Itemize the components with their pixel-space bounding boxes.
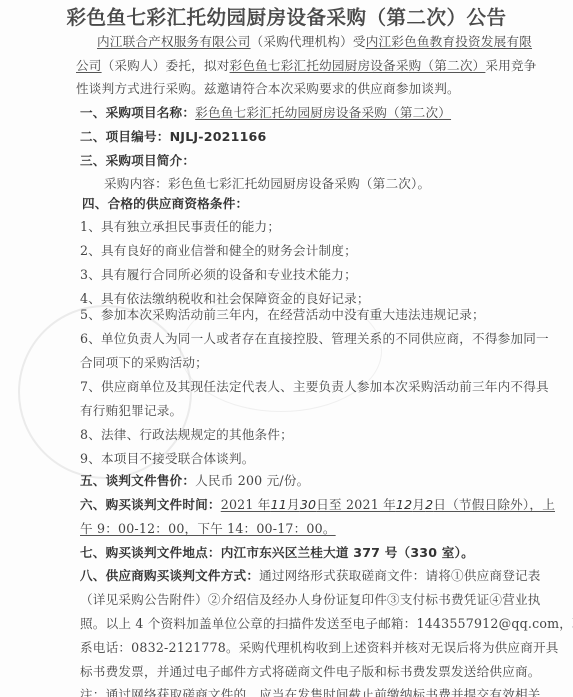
project-number: NJLJ-2021166 <box>170 129 267 144</box>
qualification-item-9: 9、本项目不接受联合体谈判。 <box>80 451 255 467</box>
section-6-label: 六、购买谈判文件时间： <box>80 497 221 512</box>
section-8-line-3: 照。以上 4 个资料加盖单位公章的扫描件发送至电子邮箱：1443557912@q… <box>80 616 573 632</box>
qualification-item-7-cont: 有行贿犯罪记录。 <box>80 403 182 419</box>
qualification-item-8: 8、法律、行政法规规定的其他条件； <box>80 427 293 443</box>
section-8-note: 注：通过网络获取磋商文件的，应当在发售时间截止前缴纳标书费并提交有效相关 <box>80 687 541 697</box>
start-month-suffix: 月 <box>287 497 300 512</box>
section-2-label: 二、项目编号： <box>80 129 170 144</box>
section-2: 二、项目编号：NJLJ-2021166 <box>80 129 266 145</box>
section-3-label: 三、采购项目简介： <box>80 153 195 169</box>
qualification-item-3: 3、具有履行合同所必须的设备和专业技术能力； <box>80 267 357 283</box>
section-4-label: 四、合格的供应商资格条件： <box>82 196 248 212</box>
section-5-label: 五、谈判文件售价： <box>80 473 195 488</box>
qualification-item-1: 1、具有独立承担民事责任的能力； <box>80 219 280 235</box>
section-1-value: 彩色鱼七彩汇托幼园厨房设备采购（第二次） <box>195 105 451 120</box>
purchaser-name-part1: 内江彩色鱼教育投资发展有限 <box>366 34 532 49</box>
section-7: 七、购买谈判文件地点：内江市东兴区兰桂大道 377 号（330 室）。 <box>80 545 474 561</box>
document-price: 人民币 200 元/份。 <box>195 473 309 488</box>
purchaser-name-part2: 公司 <box>76 58 102 73</box>
qualification-item-2: 2、具有良好的商业信誉和健全的财务会计制度； <box>80 243 357 259</box>
start-month-handwritten: 11 <box>271 497 287 512</box>
section-6: 六、购买谈判文件时间：2021 年11月30日至 2021 年12月2日（节假日… <box>80 497 555 513</box>
section-1-label: 一、采购项目名称： <box>80 105 195 120</box>
document-page: 彩色鱼七彩汇托幼园厨房设备采购（第二次）公告 内江联合产权服务有限公司（采购代理… <box>0 0 573 697</box>
start-day-handwritten: 30 <box>300 497 316 512</box>
section-7-label: 七、购买谈判文件地点： <box>80 545 221 560</box>
section-3-content: 采购内容：彩色鱼七彩汇托幼园厨房设备采购（第二次）。 <box>104 176 430 192</box>
start-year: 2021 年 <box>221 497 271 512</box>
intro-line-1: 内江联合产权服务有限公司（采购代理机构）受内江彩色鱼教育投资发展有限 <box>97 34 532 50</box>
intro-line-2: 公司（采购人）委托，拟对彩色鱼七彩汇托幼园厨房设备采购（第二次）采用竞争 <box>76 58 537 74</box>
method-part1: 采用竞争 <box>485 58 536 73</box>
qualification-item-4: 4、具有依法缴纳税收和社会保障资金的良好记录； <box>80 291 370 307</box>
document-title: 彩色鱼七彩汇托幼园厨房设备采购（第二次）公告 <box>0 2 573 30</box>
agency-name: 内江联合产权服务有限公司 <box>97 34 251 49</box>
purchaser-role: （采购人）委托，拟对 <box>102 58 230 73</box>
section-8-line-2: （详见采购公告附件）②介绍信及经办人身份证复印件③支付标书费凭证④营业执 <box>80 592 541 608</box>
end-day-suffix: 日（节假日除外），上 <box>433 497 555 512</box>
qualification-item-6-cont: 合同项下的采购活动； <box>80 355 208 371</box>
section-8-line-5: 标书费发票，并通过电子邮件方式将磋商文件电子版和标书费发票发送给供应商。 <box>80 664 541 680</box>
start-day-suffix: 日至 2021 年 <box>316 497 396 512</box>
section-1: 一、采购项目名称：彩色鱼七彩汇托幼园厨房设备采购（第二次） <box>80 105 451 121</box>
purchase-period: 2021 年11月30日至 2021 年12月2日（节假日除外），上 <box>221 497 555 512</box>
qualification-item-6: 6、单位负责人为同一人或者存在直接控股、管理关系的不同供应商，不得参加同一 <box>80 331 549 347</box>
purchase-location: 内江市东兴区兰桂大道 377 号（330 室）。 <box>221 545 474 560</box>
intro-line-3: 性谈判方式进行采购。兹邀请符合本次采购要求的供应商参加谈判。 <box>76 81 460 97</box>
section-8: 八、供应商购买谈判文件方式：通过网络形式获取磋商文件：请将①供应商登记表 <box>80 568 541 584</box>
agency-role: （采购代理机构）受 <box>251 34 366 49</box>
section-8-label: 八、供应商购买谈判文件方式： <box>80 568 259 583</box>
end-month-suffix: 月 <box>412 497 425 512</box>
section-5: 五、谈判文件售价：人民币 200 元/份。 <box>80 473 309 489</box>
section-6-hours: 午 9：00-12：00，下午 14：00-17：00。 <box>80 521 336 537</box>
end-month-handwritten: 12 <box>396 497 412 512</box>
intro-project-name: 彩色鱼七彩汇托幼园厨房设备采购（第二次） <box>230 58 486 73</box>
section-8-line-4: 系电话：0832-2121778。采购代理机构收到上述资料并核对无误后将为供应商… <box>80 640 559 656</box>
section-8-line-1: 通过网络形式获取磋商文件：请将①供应商登记表 <box>259 568 540 583</box>
qualification-item-7: 7、供应商单位及其现任法定代表人、主要负责人参加本次采购活动前三年内不得具 <box>80 379 549 395</box>
qualification-item-5: 5、参加本次采购活动前三年内，在经营活动中没有重大违法违规记录； <box>80 307 485 323</box>
